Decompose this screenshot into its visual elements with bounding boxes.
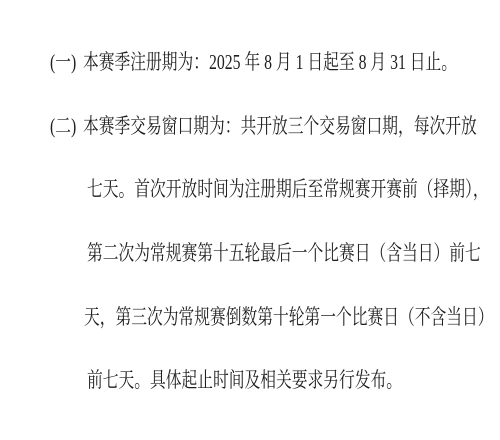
clause-2-text-line-4: 天，第三次为常规赛倒数第十轮第一个比赛日（不含当日） [84, 304, 494, 331]
clause-2-text-line-1: 本赛季交易窗口期为：共开放三个交易窗口期，每次开放 [83, 114, 477, 138]
clause-2-text-line-3: 第二次为常规赛第十五轮最后一个比赛日（含当日）前七 [87, 240, 481, 267]
clause-1-number: (一) [50, 49, 76, 76]
clause-2-text-line-5: 前七天。具体起止时间及相关要求另行发布。 [87, 367, 402, 394]
clause-1-text: 本赛季注册期为：2025 年 8 月 1 日起至 8 月 31 日止。 [83, 50, 457, 74]
clause-2-line-1: (二)本赛季交易窗口期为：共开放三个交易窗口期，每次开放 [50, 113, 477, 140]
clause-2-text-line-2: 七天。首次开放时间为注册期后至常规赛开赛前（择期）， [87, 176, 489, 203]
clause-1-line-1: (一)本赛季注册期为：2025 年 8 月 1 日起至 8 月 31 日止。 [50, 49, 457, 76]
document-page: (一)本赛季注册期为：2025 年 8 月 1 日起至 8 月 31 日止。 (… [0, 0, 500, 440]
clause-2-number: (二) [50, 113, 76, 140]
